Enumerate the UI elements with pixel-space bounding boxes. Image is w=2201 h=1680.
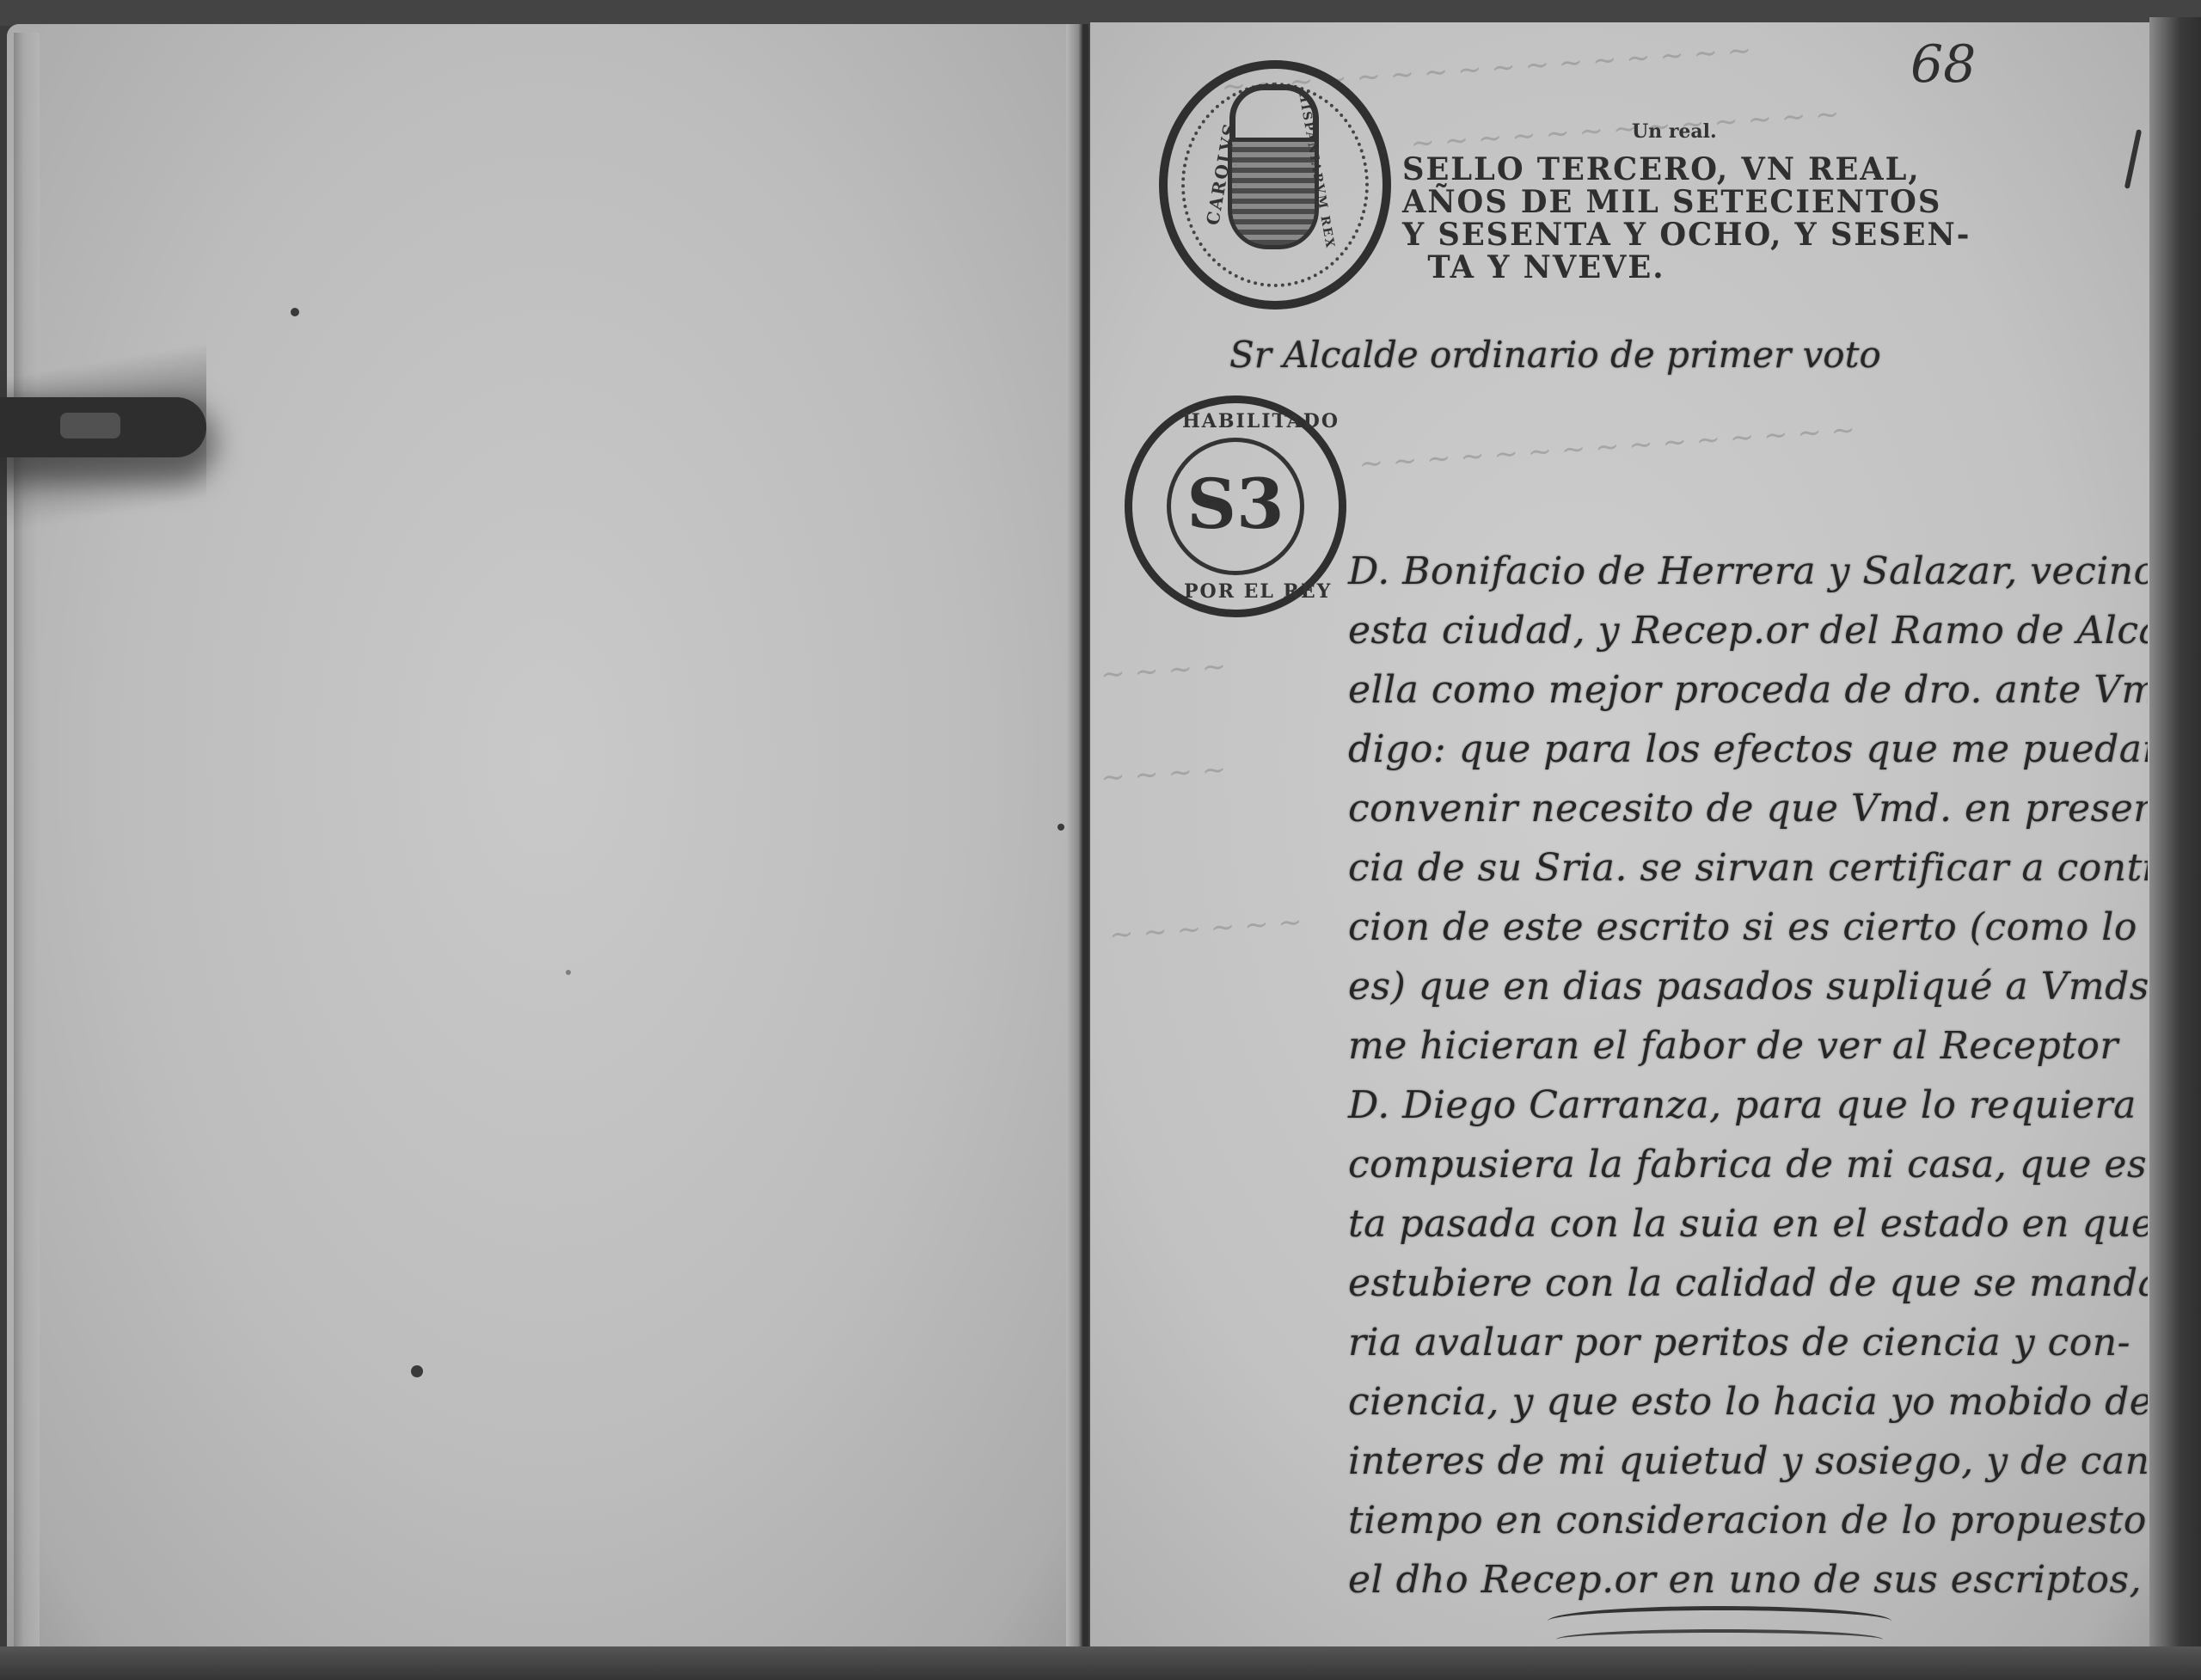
manuscript-line: esta ciudad, y Recep.or del Ramo de Alca… [1176,601,2148,660]
manuscript-line: compusiera la fabrica de mi casa, que es… [1176,1135,2148,1194]
manuscript-line: estubiere con la calidad de que se mandá… [1176,1254,2148,1313]
paper-speck [1058,824,1064,831]
manuscript-line: tiempo en consideracion de lo propuesto … [1176,1491,2148,1550]
seal-monogram: S3 [1132,463,1339,544]
microfilm-scan: ~ ~ ~ ~ ~ ~ ~ ~ ~ ~ ~ ~ ~ ~ ~ ~ ~ ~ ~ ~ … [0,0,2201,1680]
scan-bottom-border [0,1646,2201,1680]
printed-line: SELLO TERCERO, VN REAL, [1402,153,1992,186]
manuscript-line: es) que en dias pasados supliqué a Vmds. [1176,957,2148,1016]
manuscript-body: D. Bonifacio de Herrera y Salazar, vecin… [1176,542,2148,1609]
manuscript-line: cion de este escrito si es cierto (como … [1176,898,2148,957]
printed-line: Y SESENTA Y OCHO, Y SESEN- [1402,218,1992,251]
left-page-edge [14,33,40,1649]
manuscript-line: ella como mejor proceda de dro. ante Vmd… [1176,660,2148,720]
seal-legend-top: HABILITADO [1182,410,1340,432]
printed-line: AÑOS DE MIL SETECIENTOS [1402,186,1992,218]
manuscript-line: D. Bonifacio de Herrera y Salazar, vecin… [1176,542,2148,601]
manuscript-line: me hicieran el fabor de ver al Receptor [1176,1016,2148,1076]
manuscript-line: cia de su Sria. se sirvan certificar a c… [1176,838,2148,898]
manuscript-line: ria avaluar por peritos de ciencia y con… [1176,1313,2148,1372]
coat-of-arms-icon [1228,138,1319,249]
binder-clip [0,397,206,457]
paper-speck [411,1365,423,1377]
manuscript-line: interes de mi quietud y sosiego, y de ca… [1176,1432,2148,1491]
manuscript-line: convenir necesito de que Vmd. en presen- [1176,779,2148,838]
manuscript-line: ciencia, y que esto lo hacia yo mobido d… [1176,1372,2148,1432]
manuscript-line: digo: que para los efectos que me puedan [1176,720,2148,779]
paper-speck [566,970,571,975]
manuscript-line: ta pasada con la suia en el estado en qu… [1176,1194,2148,1254]
folio-number: 68 [1910,34,1976,95]
addressee-heading: Sr Alcalde ordinario de primer voto [1229,334,1881,376]
manuscript-line: D. Diego Carranza, para que lo requiera [1176,1076,2148,1135]
stamped-paper-header: SELLO TERCERO, VN REAL, AÑOS DE MIL SETE… [1402,153,1992,284]
royal-seal-stamp: CAROLVS HISPANIARVM REX [1159,60,1391,310]
clip-highlight [60,413,120,438]
denomination-note: Un real. [1632,120,1717,143]
scan-right-border [2149,17,2201,1680]
manuscript-line: el dho Recep.or en uno de sus escriptos,… [1176,1550,2148,1609]
printed-line: TA Y NVEVE. [1402,251,1992,284]
paper-speck [291,308,299,316]
left-page [7,24,1086,1658]
